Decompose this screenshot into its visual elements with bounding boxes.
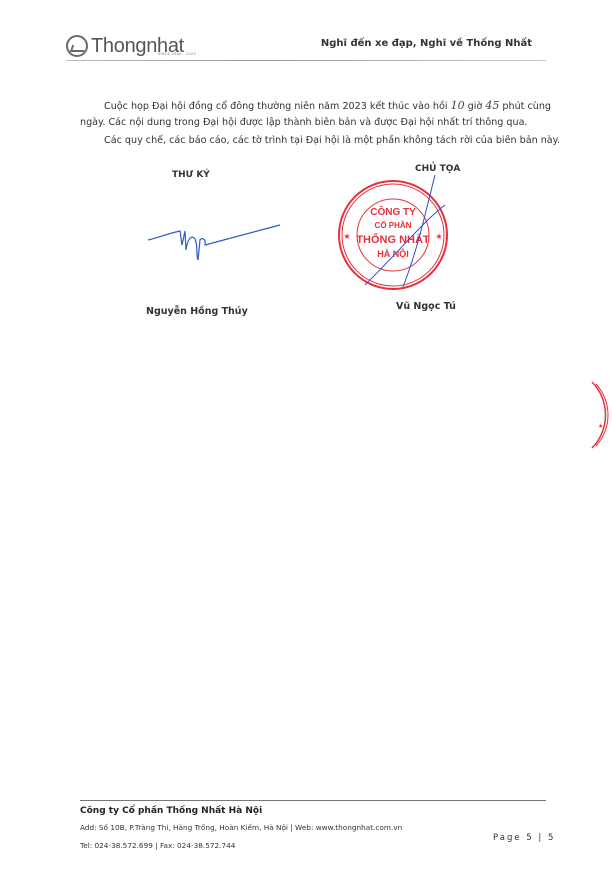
header-slogan: Nghĩ đến xe đạp, Nghĩ về Thống Nhất	[321, 38, 532, 49]
company-stamp: CÔNG TY CỔ PHẦN THỐNG NHẤT HÀ NỘI ★ ★	[325, 175, 475, 300]
text-segment: Cuộc họp Đại hội đồng cổ đông thường niê…	[104, 101, 448, 112]
chair-name: Vũ Ngọc Tú	[396, 301, 456, 312]
page-number: Page 5 | 5	[493, 833, 555, 843]
stamp-line4: HÀ NỘI	[377, 248, 409, 259]
svg-text:★: ★	[435, 232, 442, 241]
svg-text:★: ★	[343, 232, 350, 241]
text-segment: phút cùng	[502, 101, 551, 112]
handwritten-minute: 45	[485, 99, 499, 112]
stamp-line2: CỔ PHẦN	[375, 220, 412, 230]
footer-address: Add: Số 10B, P.Tràng Thi, Hàng Trống, Ho…	[80, 823, 402, 832]
footer-contact: Tel: 024-38.572.699 | Fax: 024-38.572.74…	[80, 841, 235, 850]
regulations-paragraph: Các quy chế, các báo cáo, các tờ trình t…	[104, 135, 560, 146]
secretary-title: THƯ KÝ	[172, 170, 210, 180]
edge-stamp-fragment: ★	[590, 380, 612, 450]
page-header: Thongnhat SINCE 1960 - 2023 Nghĩ đến xe …	[66, 30, 546, 62]
footer-company: Công ty Cổ phần Thống Nhất Hà Nội	[80, 806, 262, 816]
stamp-line1: CÔNG TY	[370, 205, 416, 218]
text-segment: giờ	[468, 101, 483, 112]
logo-since: SINCE 1960 - 2023	[158, 52, 196, 56]
secretary-signature	[140, 215, 290, 275]
header-divider	[66, 60, 546, 61]
chair-title: CHỦ TỌA	[415, 164, 460, 174]
closing-paragraph-line2: ngày. Các nội dung trong Đại hội được lậ…	[80, 117, 528, 128]
secretary-name: Nguyễn Hồng Thúy	[146, 306, 248, 317]
footer-divider	[80, 800, 546, 801]
logo-icon	[66, 35, 88, 57]
closing-paragraph-line1: Cuộc họp Đại hội đồng cổ đông thường niê…	[104, 99, 551, 112]
handwritten-hour: 10	[451, 99, 465, 112]
svg-text:★: ★	[598, 423, 603, 430]
